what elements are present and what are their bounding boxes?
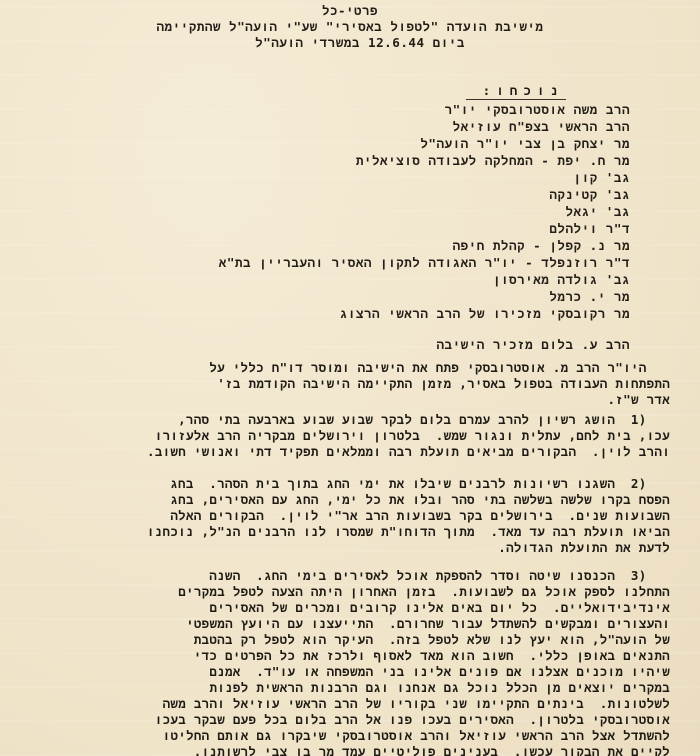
meeting-subtitle: מישיבת הועדה "לטפול באסירי" שע"י הועה"ל … [0, 19, 700, 34]
document-page: פרטי-כל מישיבת הועדה "לטפול באסירי" שע"י… [0, 0, 700, 756]
attendee: ד"ר וילהלם [549, 221, 630, 236]
paragraph-line: (2 השגנו רשיונות לרבנים שיבלו את ימי החג… [30, 476, 670, 492]
paragraph-line: לשלטונות. בינתים התקיימו שני בקוריו של ה… [30, 696, 670, 712]
attendee: מר רקובסקי מזכירו של הרב הראשי הרצוג [340, 306, 630, 321]
paragraph-line: (3 הכנסנו שיטה וסדר להספקת אוכל לאסירים … [30, 568, 670, 584]
paragraph-line: (1 הושג רשיון להרב עמרם בלום לבקר שבוע ש… [30, 412, 670, 428]
attendee: מר י. כרמל [549, 289, 630, 304]
attendee: מר ח. יפת - המחלקה לעבודה סוציאלית [356, 153, 630, 168]
paragraph-line: התפתחות העבודה בטפול באסיר, מזמן התקיימה… [30, 376, 670, 392]
attendee: גב' קטינקה [549, 187, 630, 202]
document-title: פרטי-כל [0, 3, 700, 18]
meeting-date-line: ביום 12.6.44 במשרדי הועה"ל [0, 35, 700, 50]
paragraph-line: של הועה"ל, הוא יעץ לנו שלא לטפל בזה. העי… [30, 632, 670, 648]
paragraph-line: שיהיו מוכנים אצלנו אם פונים אלינו בני המ… [30, 664, 670, 680]
meeting-secretary: הרב ע. בלום מזכיר הישיבה [436, 337, 630, 352]
attendee: מר יצחק בן צבי יו"ר הועה"ל [420, 136, 630, 151]
attendee: מר נ. קפלן - קהלת חיפה [453, 238, 630, 253]
attendee: גב' יגאל [565, 204, 630, 219]
paragraph-line: במקרים יוצאים מן הכלל נוכל גם אנחנו וגם … [30, 680, 670, 696]
attendee: הרב הראשי בצפ"ח עוזיאל [453, 119, 630, 134]
paragraph-line: והרב לוין. הבקורים מביאים תועלת רבה וממל… [30, 444, 670, 460]
paragraph-line: להשתדל אצל הרב הראשי עוזיאל והרב אוסטרוב… [30, 728, 670, 744]
paragraph-line: התנאים באופן כללי. חשוב הוא מאד לאסוף ול… [30, 648, 670, 664]
heading-underline [466, 99, 566, 100]
paragraph-line: אדר ש"ז. [30, 392, 670, 408]
attendee: ד"ר רוזנפלד - יו"ר האגודה לתקון האסיר וה… [219, 255, 630, 270]
attendee: הרב משה אוסטרובסקי יו"ר [445, 102, 630, 117]
paragraph-line: התחלנו לספק אוכל גם לשבועות. בזמן האחרון… [30, 584, 670, 600]
paragraph-line: לדעת את התועלת הגדולה. [30, 540, 670, 556]
paragraph-line: היו"ר הרב מ. אוסטרובסקי פתח את הישיבה ומ… [30, 360, 670, 376]
paragraph-line: אוסטרובסקי בלטרון. האסירים בעכו פנו אל ה… [30, 712, 670, 728]
attendee: גב' קון [574, 170, 630, 185]
present-heading: נוכחו: [483, 83, 564, 99]
paragraph-line: והעצורים ומבקשים להשתדל עבור שחרורם. התי… [30, 616, 670, 632]
paragraph-line: אינדיבידואליים. כל יום באים אלינו קרובים… [30, 600, 670, 616]
paragraph-line: השבועות שנים. בירושלים בקר בשבועות הרב א… [30, 508, 670, 524]
paragraph-line: הפסח בקרו שלשה בשלשה בתי סהר ובלו את כל … [30, 492, 670, 508]
paragraph-line: הביאו תועלת רבה עד מאד. מתוך הדוחו"ת שמס… [30, 524, 670, 540]
paragraph-line: עכו, בית לחם, עתלית ונגור שמש. בלטרון וי… [30, 428, 670, 444]
paragraph-line: לקיים את הבקור עכשו. בענינים פוליטיים עמ… [30, 744, 670, 756]
attendee: גב' גולדה מאירסון [493, 272, 630, 287]
